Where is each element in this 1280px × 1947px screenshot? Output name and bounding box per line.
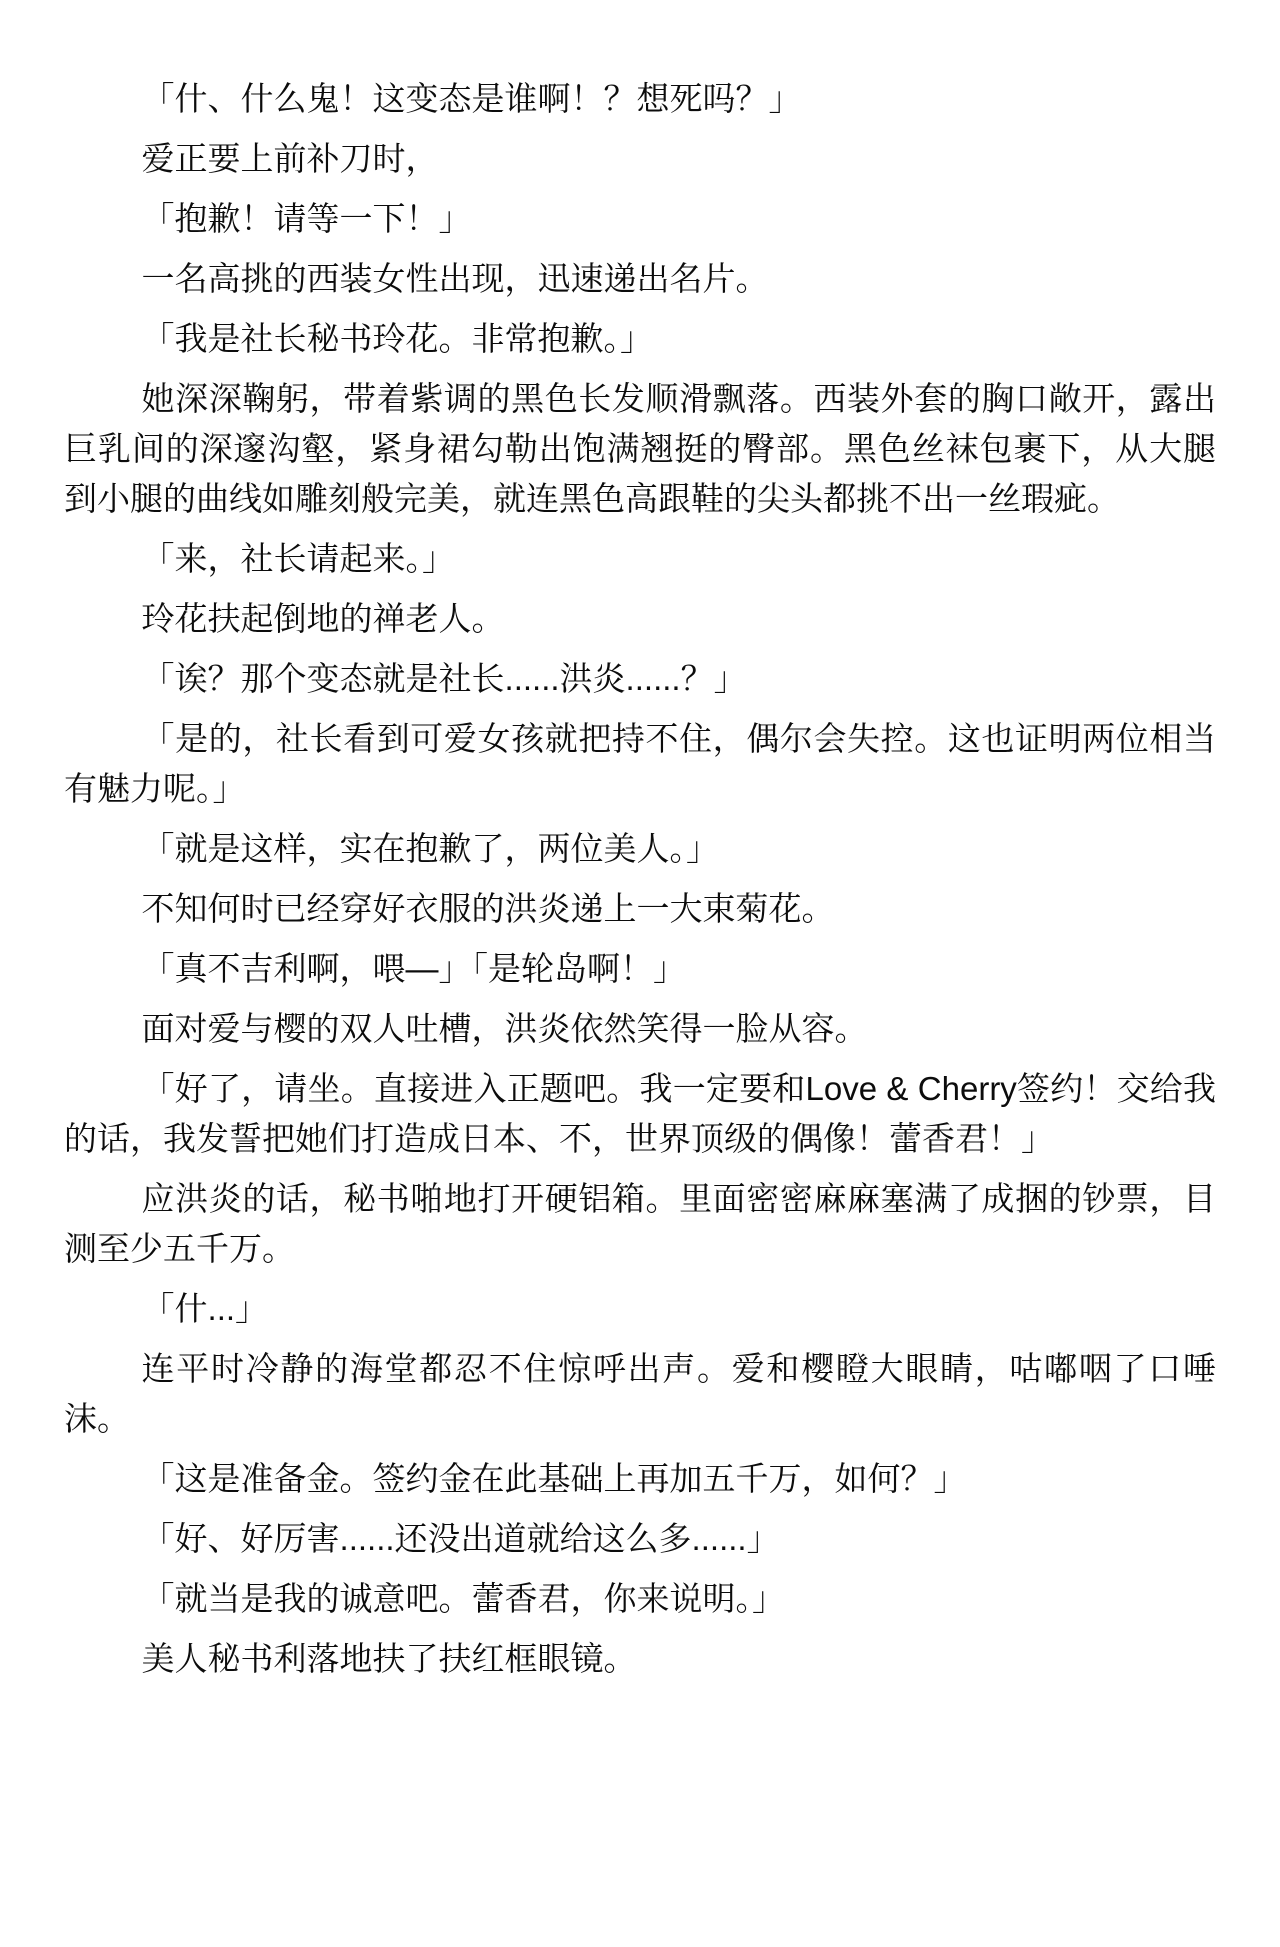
paragraph: 「真不吉利啊，喂—」「是轮岛啊！」 <box>64 944 1216 994</box>
paragraph: 美人秘书利落地扶了扶红框眼镜。 <box>64 1634 1216 1684</box>
paragraph: 连平时冷静的海堂都忍不住惊呼出声。爱和樱瞪大眼睛，咕嘟咽了口唾沫。 <box>64 1344 1216 1444</box>
paragraph: 一名高挑的西装女性出现，迅速递出名片。 <box>64 254 1216 304</box>
paragraph: 「这是准备金。签约金在此基础上再加五千万，如何？」 <box>64 1454 1216 1504</box>
paragraph: 「好、好厉害......还没出道就给这么多......」 <box>64 1514 1216 1564</box>
paragraph: 「来，社长请起来。」 <box>64 534 1216 584</box>
paragraph: 玲花扶起倒地的禅老人。 <box>64 594 1216 644</box>
paragraph: 「抱歉！请等一下！」 <box>64 194 1216 244</box>
paragraph: 她深深鞠躬，带着紫调的黑色长发顺滑飘落。西装外套的胸口敞开，露出巨乳间的深邃沟壑… <box>64 374 1216 524</box>
paragraph: 「什、什么鬼！这变态是谁啊！？想死吗？」 <box>64 74 1216 124</box>
paragraph: 爱正要上前补刀时， <box>64 134 1216 184</box>
paragraph: 「我是社长秘书玲花。非常抱歉。」 <box>64 314 1216 364</box>
paragraph: 应洪炎的话，秘书啪地打开硬铝箱。里面密密麻麻塞满了成捆的钞票，目测至少五千万。 <box>64 1174 1216 1274</box>
paragraph: 「什...」 <box>64 1284 1216 1334</box>
text-body: 「什、什么鬼！这变态是谁啊！？想死吗？」爱正要上前补刀时，「抱歉！请等一下！」一… <box>64 74 1216 1684</box>
paragraph: 不知何时已经穿好衣服的洪炎递上一大束菊花。 <box>64 884 1216 934</box>
paragraph: 面对爱与樱的双人吐槽，洪炎依然笑得一脸从容。 <box>64 1004 1216 1054</box>
paragraph: 「是的，社长看到可爱女孩就把持不住，偶尔会失控。这也证明两位相当有魅力呢。」 <box>64 714 1216 814</box>
paragraph: 「诶？那个变态就是社长......洪炎......？」 <box>64 654 1216 704</box>
paragraph: 「好了，请坐。直接进入正题吧。我一定要和Love & Cherry签约！交给我的… <box>64 1064 1216 1164</box>
novel-reader-page: 「什、什么鬼！这变态是谁啊！？想死吗？」爱正要上前补刀时，「抱歉！请等一下！」一… <box>0 0 1280 1947</box>
paragraph: 「就是这样，实在抱歉了，两位美人。」 <box>64 824 1216 874</box>
paragraph: 「就当是我的诚意吧。蕾香君，你来说明。」 <box>64 1574 1216 1624</box>
